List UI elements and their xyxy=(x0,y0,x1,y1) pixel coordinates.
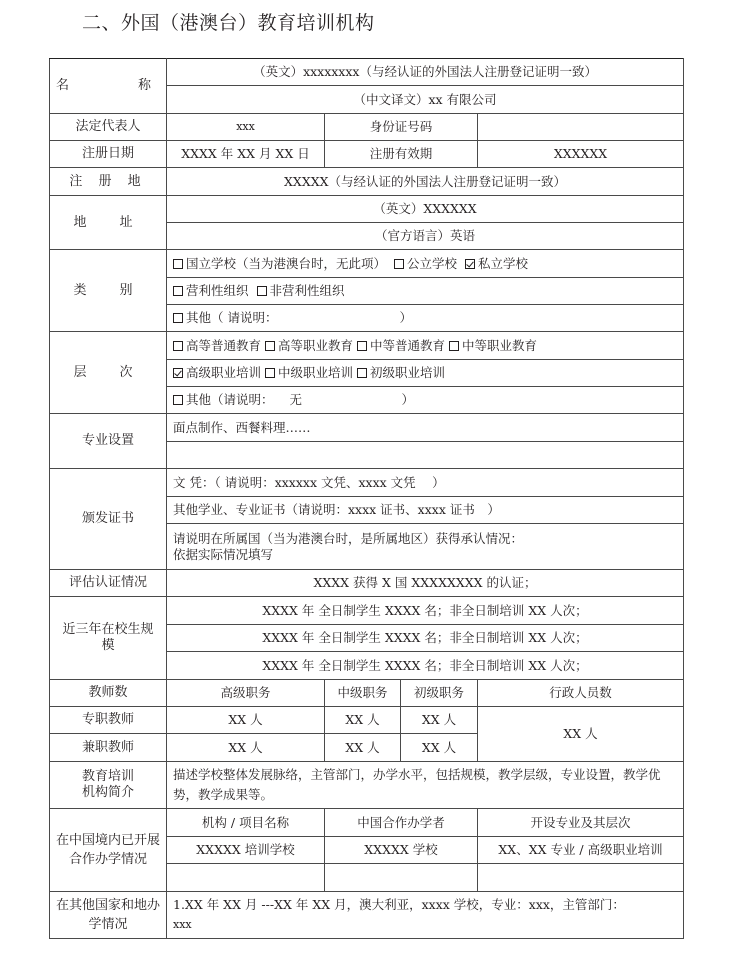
level-option-middle-training[interactable]: 中级职业培训 xyxy=(265,365,353,380)
level-label: 层 次 xyxy=(50,332,167,414)
name-english-field[interactable]: （英文）xxxxxxxx（与经认证的外国法人注册登记证明一致） xyxy=(167,59,684,86)
header-junior: 初级职务 xyxy=(401,680,478,707)
coop-partner-field[interactable] xyxy=(325,864,478,892)
id-number-field[interactable] xyxy=(478,114,684,141)
parttime-middle-field[interactable]: XX 人 xyxy=(325,734,401,762)
other-certificates-field[interactable]: 其他学业、专业证书（请说明：xxxx 证书、xxxx 证书 ） xyxy=(167,497,684,524)
category-row-2: 营利性组织 非营利性组织 xyxy=(167,278,684,305)
fulltime-teachers-label: 专职教师 xyxy=(50,707,167,734)
certificates-label: 颁发证书 xyxy=(50,469,167,570)
coop-majors-field[interactable]: XX、XX 专业 / 高级职业培训 xyxy=(478,837,684,864)
parttime-junior-field[interactable]: XX 人 xyxy=(401,734,478,762)
level-row-other: 其他（请说明： 无 ） xyxy=(167,387,684,414)
enrollment-row[interactable]: XXXX 年 全日制学生 XXXX 名；非全日制培训 XX 人次； xyxy=(167,597,684,625)
level-other-input[interactable]: 无 xyxy=(282,392,398,408)
enrollment-row[interactable]: XXXX 年 全日制学生 XXXX 名；非全日制培训 XX 人次； xyxy=(167,625,684,652)
checkbox-unchecked-icon[interactable] xyxy=(449,341,459,351)
category-row-1: 国立学校（当为港澳台时，无此项） 公立学校 私立学校 xyxy=(167,250,684,278)
checkbox-unchecked-icon[interactable] xyxy=(173,395,183,405)
parttime-teachers-label: 兼职教师 xyxy=(50,734,167,762)
intro-field[interactable]: 描述学校整体发展脉络，主管部门，办学水平，包括规模，教学层级，专业设置，教学优势… xyxy=(167,762,684,809)
coop-header-majors: 开设专业及其层次 xyxy=(478,809,684,837)
fulltime-middle-field[interactable]: XX 人 xyxy=(325,707,401,734)
institution-form-table: 名 称 （英文）xxxxxxxx（与经认证的外国法人注册登记证明一致） （中文译… xyxy=(49,58,684,939)
reg-validity-label: 注册有效期 xyxy=(325,141,478,168)
name-label: 名 称 xyxy=(50,59,167,114)
category-option-nonprofit[interactable]: 非营利性组织 xyxy=(257,283,345,298)
category-option-profit[interactable]: 营利性组织 xyxy=(173,283,249,298)
level-option-junior-training[interactable]: 初级职业培训 xyxy=(357,365,445,380)
legal-rep-field[interactable]: xxx xyxy=(167,114,325,141)
checkbox-unchecked-icon[interactable] xyxy=(357,341,367,351)
checkbox-unchecked-icon[interactable] xyxy=(173,259,183,269)
level-row-2: 高级职业培训中级职业培训初级职业培训 xyxy=(167,360,684,387)
name-chinese-field[interactable]: （中文译文）xx 有限公司 xyxy=(167,86,684,114)
level-option-secondary-vocational[interactable]: 中等职业教育 xyxy=(449,338,537,353)
coop-institution-field[interactable] xyxy=(167,864,325,892)
checkbox-unchecked-icon[interactable] xyxy=(394,259,404,269)
coop-header-institution: 机构 / 项目名称 xyxy=(167,809,325,837)
other-countries-label: 在其他国家和地办学情况 xyxy=(50,892,167,939)
checkbox-unchecked-icon[interactable] xyxy=(257,286,267,296)
category-option-other[interactable]: 其他（ 请说明： xyxy=(173,310,277,325)
recognition-field[interactable]: 请说明在所属国（当为港澳台时，是所属地区）获得承认情况： 依据实际情况填写 xyxy=(167,524,684,570)
admin-count-field[interactable]: XX 人 xyxy=(478,707,684,762)
checkbox-checked-icon[interactable] xyxy=(465,259,475,269)
category-row-other: 其他（ 请说明： ） xyxy=(167,305,684,332)
level-option-higher-vocational[interactable]: 高等职业教育 xyxy=(265,338,353,353)
address-official-field[interactable]: （官方语言）英语 xyxy=(167,223,684,250)
other-countries-field[interactable]: 1.XX 年 XX 月 ---XX 年 XX 月，澳大利亚，xxxx 学校，专业… xyxy=(167,892,684,939)
level-option-senior-training[interactable]: 高级职业培训 xyxy=(173,365,261,380)
level-option-higher-general[interactable]: 高等普通教育 xyxy=(173,338,261,353)
checkbox-unchecked-icon[interactable] xyxy=(357,368,367,378)
address-label: 地 址 xyxy=(50,196,167,250)
reg-place-label: 注 册 地 xyxy=(50,168,167,196)
enrollment-row[interactable]: XXXX 年 全日制学生 XXXX 名；非全日制培训 XX 人次； xyxy=(167,652,684,680)
header-middle: 中级职务 xyxy=(325,680,401,707)
majors-field-2[interactable] xyxy=(167,442,684,469)
checkbox-unchecked-icon[interactable] xyxy=(173,341,183,351)
header-admin: 行政人员数 xyxy=(478,680,684,707)
page-title: 二、外国（港澳台）教育培训机构 xyxy=(82,8,375,35)
coop-header-partner: 中国合作办学者 xyxy=(325,809,478,837)
parttime-senior-field[interactable]: XX 人 xyxy=(167,734,325,762)
majors-field-1[interactable]: 面点制作、西餐料理…… xyxy=(167,414,684,442)
header-senior: 高级职务 xyxy=(167,680,325,707)
id-number-label: 身份证号码 xyxy=(325,114,478,141)
coop-institution-field[interactable]: XXXXX 培训学校 xyxy=(167,837,325,864)
checkbox-unchecked-icon[interactable] xyxy=(173,313,183,323)
reg-date-label: 注册日期 xyxy=(50,141,167,168)
fulltime-senior-field[interactable]: XX 人 xyxy=(167,707,325,734)
legal-rep-label: 法定代表人 xyxy=(50,114,167,141)
intro-label: 教育培训 机构简介 xyxy=(50,762,167,809)
accreditation-field[interactable]: XXXX 获得 X 国 XXXXXXXX 的认证； xyxy=(167,570,684,597)
address-english-field[interactable]: （英文）XXXXXX xyxy=(167,196,684,223)
checkbox-unchecked-icon[interactable] xyxy=(265,341,275,351)
coop-majors-field[interactable] xyxy=(478,864,684,892)
category-option-national[interactable]: 国立学校（当为港澳台时，无此项） xyxy=(173,256,386,271)
level-option-secondary-general[interactable]: 中等普通教育 xyxy=(357,338,445,353)
checkbox-checked-icon[interactable] xyxy=(173,368,183,378)
category-option-private[interactable]: 私立学校 xyxy=(465,256,528,271)
teachers-header-label: 教师数 xyxy=(50,680,167,707)
accreditation-label: 评估认证情况 xyxy=(50,570,167,597)
checkbox-unchecked-icon[interactable] xyxy=(265,368,275,378)
level-row-1: 高等普通教育高等职业教育中等普通教育中等职业教育 xyxy=(167,332,684,360)
checkbox-unchecked-icon[interactable] xyxy=(173,286,183,296)
enrollment-label: 近三年在校生规模 xyxy=(50,597,167,680)
reg-validity-field[interactable]: XXXXXX xyxy=(478,141,684,168)
coop-partner-field[interactable]: XXXXX 学校 xyxy=(325,837,478,864)
level-option-other[interactable]: 其他（请说明： xyxy=(173,392,274,407)
category-option-public[interactable]: 公立学校 xyxy=(394,256,457,271)
majors-label: 专业设置 xyxy=(50,414,167,469)
diploma-field[interactable]: 文 凭：（ 请说明：xxxxxx 文凭、xxxx 文凭 ） xyxy=(167,469,684,497)
reg-date-field[interactable]: XXXX 年 XX 月 XX 日 xyxy=(167,141,325,168)
fulltime-junior-field[interactable]: XX 人 xyxy=(401,707,478,734)
china-coop-label: 在中国境内已开展合作办学情况 xyxy=(50,809,167,892)
category-label: 类 别 xyxy=(50,250,167,332)
reg-place-field[interactable]: XXXXX（与经认证的外国法人注册登记证明一致） xyxy=(167,168,684,196)
